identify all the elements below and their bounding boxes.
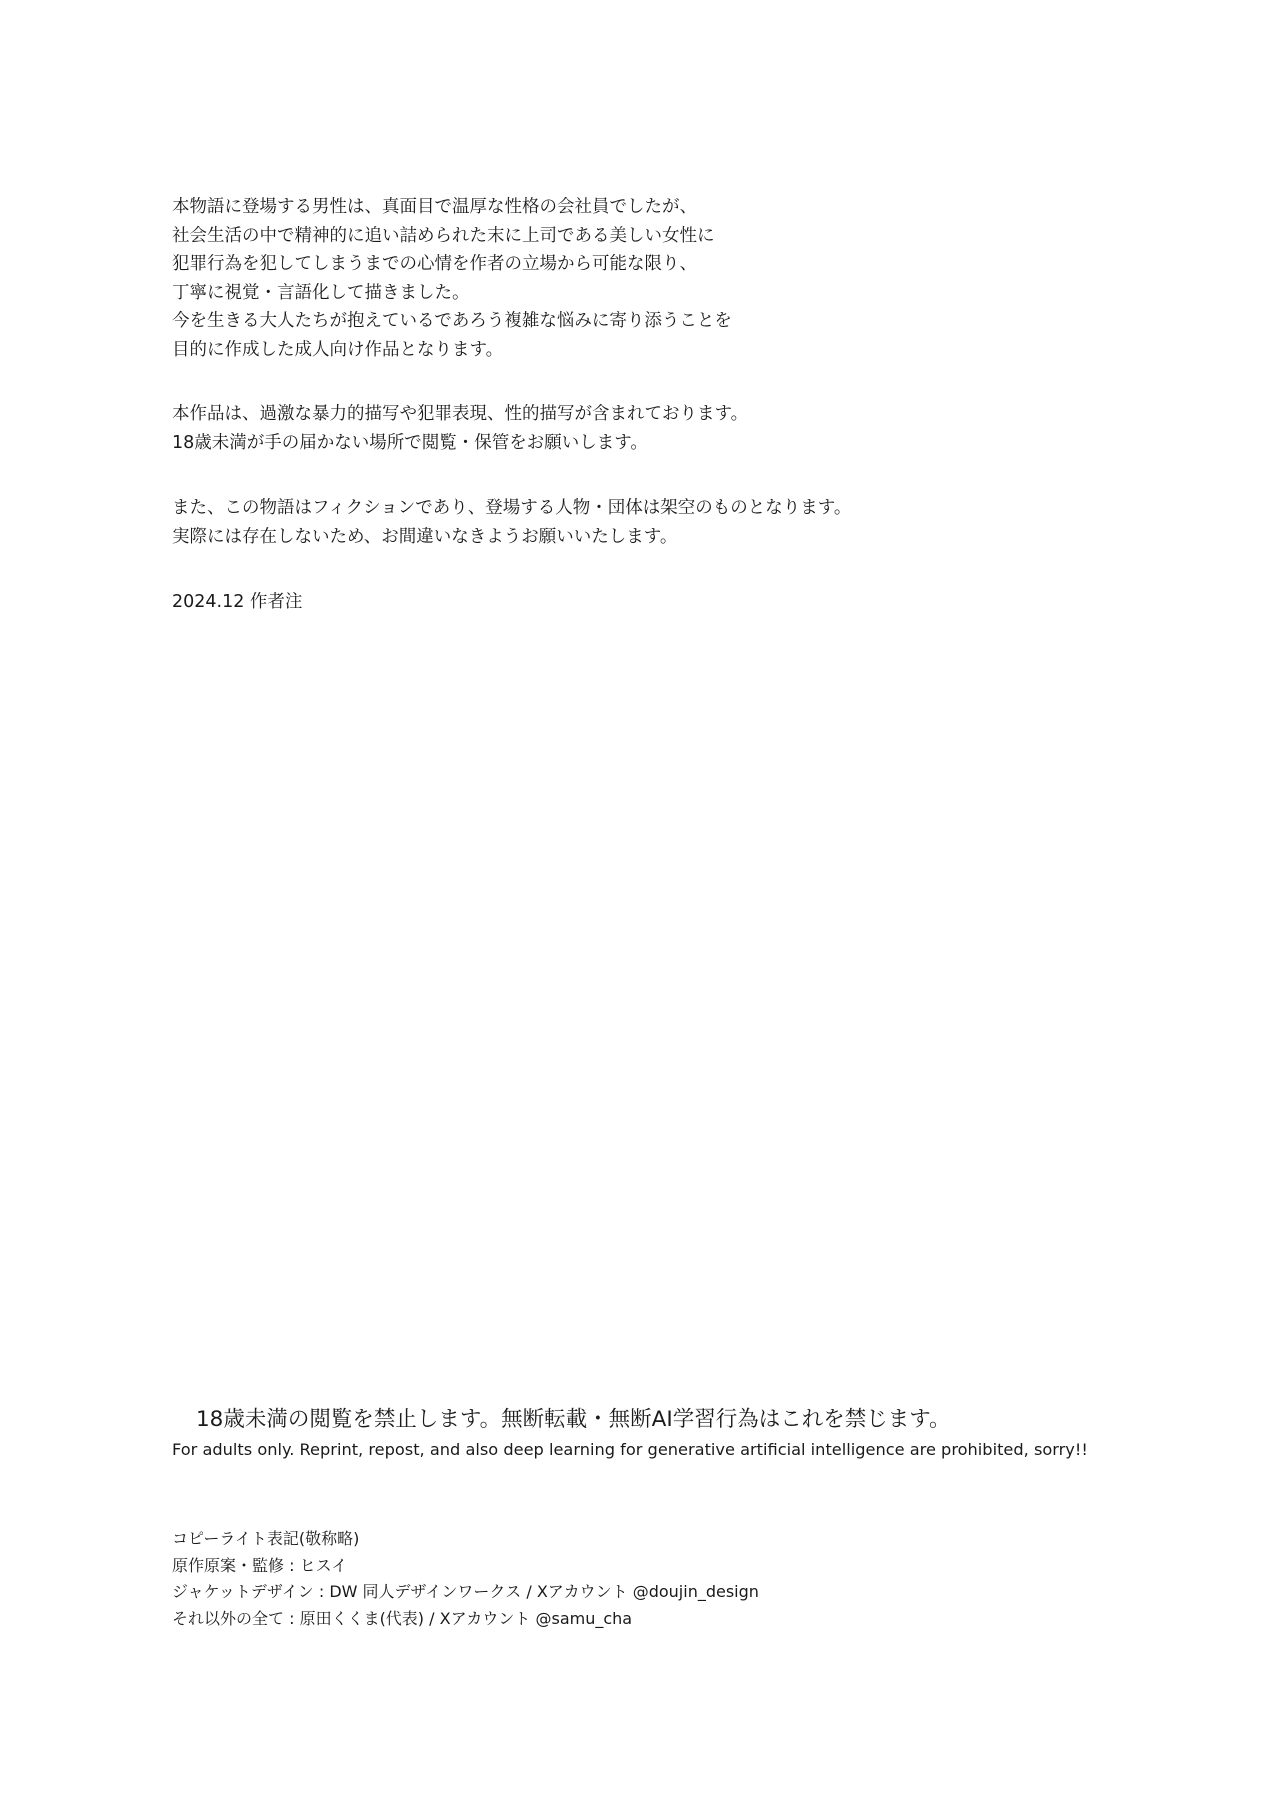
credit-line: 原作原案・監修 : ヒスイ [172,1553,759,1580]
text-line: 犯罪行為を犯してしまうまでの心情を作者の立場から可能な限り、 [172,250,732,279]
content-warning: 本作品は、過激な暴力的描写や犯罪表現、性的描写が含まれております。 18歳未満が… [172,400,748,457]
text-line: また、この物語はフィクションであり、登場する人物・団体は架空のものとなります。 [172,494,851,523]
fiction-disclaimer: また、この物語はフィクションであり、登場する人物・団体は架空のものとなります。 … [172,494,851,551]
credit-line: それ以外の全て : 原田くくま(代表) / Xアカウント @samu_cha [172,1606,759,1633]
signature: 2024.12 作者注 [172,588,302,617]
credit-line: ジャケットデザイン : DW 同人デザインワークス / Xアカウント @douj… [172,1579,759,1606]
age-restriction-notice-en: For adults only. Reprint, repost, and al… [172,1440,1088,1459]
text-line: 本物語に登場する男性は、真面目で温厚な性格の会社員でしたが、 [172,193,732,222]
text-line: 実際には存在しないため、お間違いなきようお願いいたします。 [172,523,851,552]
text-line: 今を生きる大人たちが抱えているであろう複雑な悩みに寄り添うことを [172,307,732,336]
text-line: 丁寧に視覚・言語化して描きました。 [172,279,732,308]
text-line: 目的に作成した成人向け作品となります。 [172,336,732,365]
author-note-intro: 本物語に登場する男性は、真面目で温厚な性格の会社員でしたが、 社会生活の中で精神… [172,193,732,364]
age-restriction-notice-ja: 18歳未満の閲覧を禁止します。無断転載・無断AI学習行為はこれを禁じます。 [196,1402,950,1433]
text-line: 18歳未満が手の届かない場所で閲覧・保管をお願いします。 [172,429,748,458]
copyright-credits: コピーライト表記(敬称略) 原作原案・監修 : ヒスイ ジャケットデザイン : … [172,1526,759,1632]
signature-text: 2024.12 作者注 [172,588,302,617]
text-line: 本作品は、過激な暴力的描写や犯罪表現、性的描写が含まれております。 [172,400,748,429]
text-line: 社会生活の中で精神的に追い詰められた末に上司である美しい女性に [172,222,732,251]
credits-heading: コピーライト表記(敬称略) [172,1526,759,1553]
